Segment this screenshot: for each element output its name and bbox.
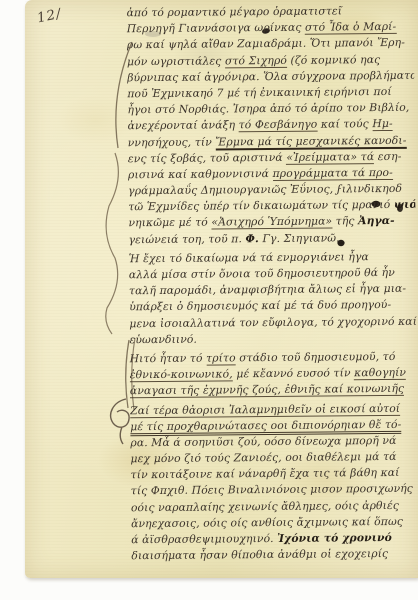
text-line: διαισήματα ἧσαν θίποθια ἀνάθμι οἱ εχοχει…	[131, 546, 418, 565]
text-line: ἀναγασι τῆς ἐχμννῆς ζούς, ἐθνιῆς καί κοι…	[130, 381, 417, 400]
text-line: νηικῶμε μέ τό «Ἀσιχηρό Ὑπόμνημα» τῆς Ἀηγ…	[128, 213, 415, 232]
text-line: μενα ἰσοιαλλατινά τον εὔφιλογα, τό χγοχο…	[129, 313, 416, 332]
manuscript-text: ἀπό τό ρομαντικό μέγαρο ὁραματιστεῖΠερνη…	[127, 3, 418, 571]
margin-double-stroke	[126, 340, 129, 408]
text-line: ρω καί ψηλά αἴθαν Ζαμιαδράμι. Ὅτι μπανόι…	[127, 35, 414, 54]
text-line: τίς Φπχιθ. Πόεις Βιναλινιόνοις μισον προ…	[131, 481, 418, 500]
margin-flourish	[111, 399, 129, 444]
text-line: ἀνεχέρονταί ἀνάξη τό Φεσβάνηγο καί τούς …	[128, 116, 415, 135]
text-line: γειώνειά τοη, τοῦ π. Φ. Γγ. Σιηγιανῶ.	[129, 229, 416, 248]
scan-background: { "page": { "number_label": "12/", "pape…	[0, 0, 418, 600]
margin-brace	[106, 153, 119, 334]
text-line: εὑωανδιινό.	[129, 329, 416, 348]
page-number: 12/	[36, 6, 64, 27]
text-line: ὑπάρξει ὁ δημοσιευμός καί μέ τά δυό προη…	[129, 297, 416, 316]
manuscript-page: 12/ ἀπό τό ρομαντικό μέγαρο ὁραματιστεῖΠ…	[25, 0, 418, 578]
